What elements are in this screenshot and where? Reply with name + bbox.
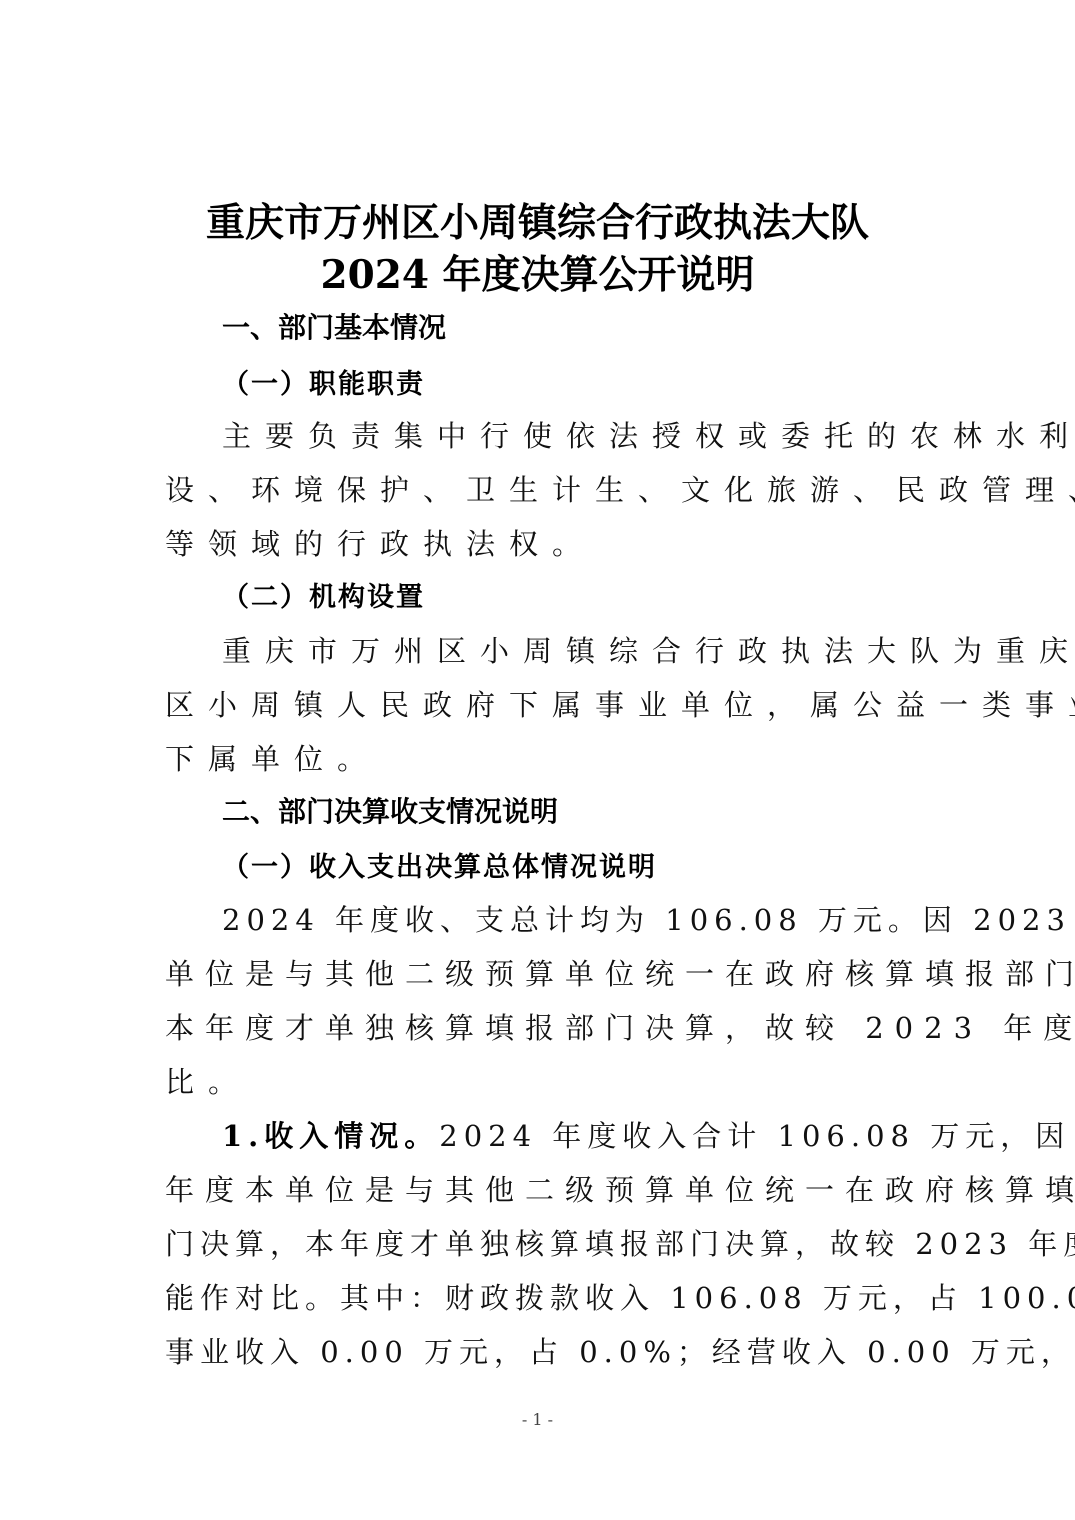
paragraph-line: 重庆市万州区小周镇综合行政执法大队为重庆市万州 bbox=[222, 629, 913, 670]
document-page: 重庆市万州区小周镇综合行政执法大队 2024 年度决算公开说明 一、部门基本情况… bbox=[0, 0, 1075, 1520]
document-title-line1: 重庆市万州区小周镇综合行政执法大队 bbox=[0, 192, 1075, 248]
paragraph-line: 年度本单位是与其他二级预算单位统一在政府核算填报部 bbox=[165, 1168, 913, 1209]
paragraph-line: 门决算，本年度才单独核算填报部门决算，故较 2023 年度不 bbox=[165, 1222, 913, 1263]
paragraph-line: 比。 bbox=[165, 1060, 913, 1101]
document-title-line2: 2024 年度决算公开说明 bbox=[0, 244, 1075, 300]
section2-heading: 二、部门决算收支情况说明 bbox=[222, 790, 558, 830]
paragraph-line: 能作对比。其中：财政拨款收入 106.08 万元，占 100.0%； bbox=[165, 1276, 913, 1317]
paragraph-line: 等领域的行政执法权。 bbox=[165, 522, 913, 563]
paragraph-line: 下属单位。 bbox=[165, 737, 913, 778]
paragraph-line: 主要负责集中行使依法授权或委托的农林水利、规划建 bbox=[222, 414, 913, 455]
income-lead: 1.收入情况。 bbox=[222, 1119, 439, 1153]
income-text: 2024 年度收入合计 106.08 万元，因 2023 bbox=[439, 1119, 1075, 1153]
paragraph-line: 事业收入 0.00 万元，占 0.0%；经营收入 0.00 万元，占 0.0%； bbox=[165, 1330, 913, 1371]
paragraph-line: 区小周镇人民政府下属事业单位，属公益一类事业单位，无 bbox=[165, 683, 913, 724]
section1-heading: 一、部门基本情况 bbox=[222, 306, 446, 346]
paragraph-line: 本年度才单独核算填报部门决算，故较 2023 年度不能作对 bbox=[165, 1006, 913, 1047]
section2-sub1-heading: （一）收入支出决算总体情况说明 bbox=[222, 845, 657, 884]
section1-sub2-heading: （二）机构设置 bbox=[222, 575, 425, 614]
paragraph-line: 设、环境保护、卫生计生、文化旅游、民政管理、城市管理 bbox=[165, 468, 913, 509]
paragraph-line: 2024 年度收、支总计均为 106.08 万元。因 2023 年度本 bbox=[222, 898, 913, 939]
income-paragraph-line: 1.收入情况。2024 年度收入合计 106.08 万元，因 2023 bbox=[222, 1114, 913, 1155]
section1-sub1-heading: （一）职能职责 bbox=[222, 362, 425, 401]
paragraph-line: 单位是与其他二级预算单位统一在政府核算填报部门决算， bbox=[165, 952, 913, 993]
page-number: - 1 - bbox=[0, 1410, 1075, 1429]
